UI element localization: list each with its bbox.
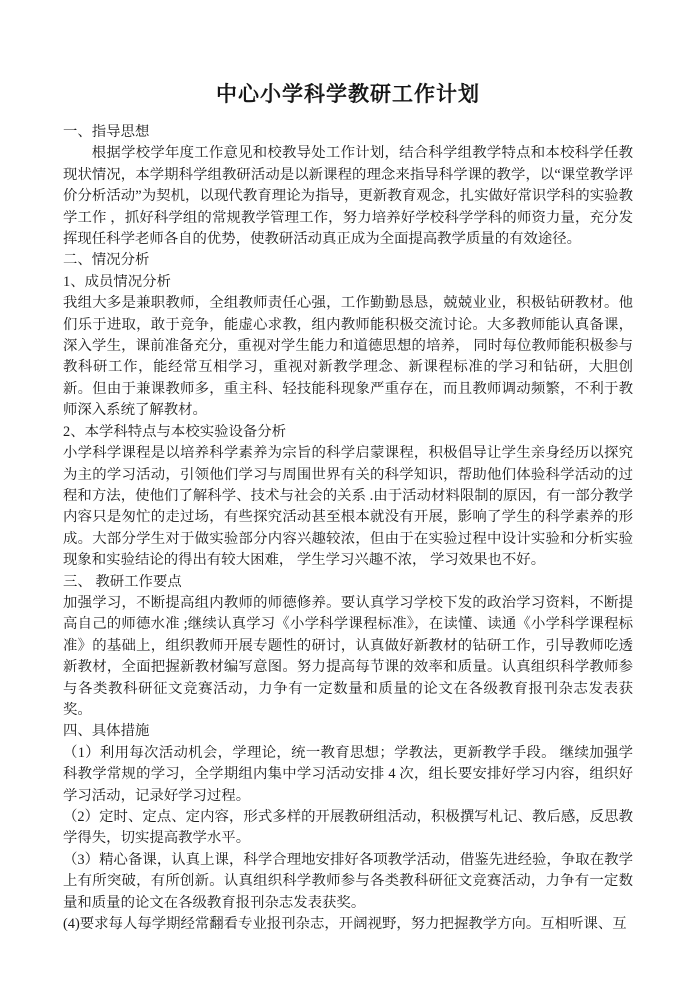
- measure-item-4: (4)要求每人每学期经常翻看专业报刊杂志，开阔视野，努力把握教学方向。互相听课、…: [63, 914, 633, 935]
- paragraph-research-work-points: 加强学习，不断提高组内教师的师德修养。要认真学习学校下发的政治学习资料，不断提高…: [63, 593, 633, 721]
- heading-situation-analysis: 二、情况分析: [63, 250, 633, 271]
- paragraph-guiding-ideology: 根据学校学年度工作意见和校教导处工作计划，结合科学组教学特点和本校科学任教现状情…: [63, 143, 633, 250]
- paragraph-subject-equipment-analysis: 小学科学课程是以培养科学素养为宗旨的科学启蒙课程，积极倡导让学生亲身经历以探究为…: [63, 443, 633, 571]
- document-page: 中心小学科学教研工作计划 一、指导思想 根据学校学年度工作意见和校教导处工作计划…: [0, 0, 695, 982]
- heading-research-work-points: 三、 教研工作要点: [63, 572, 633, 593]
- paragraph-member-analysis: 我组大多是兼职教师，全组教师责任心强，工作勤勤恳恳，兢兢业业，积极钻研教材。他们…: [63, 293, 633, 421]
- measure-item-2: （2）定时、定点、定内容，形式多样的开展教研组活动，积极撰写札记、教后感，反思教…: [63, 807, 633, 850]
- document-title: 中心小学科学教研工作计划: [63, 82, 633, 108]
- document-content: 中心小学科学教研工作计划 一、指导思想 根据学校学年度工作意见和校教导处工作计划…: [0, 0, 695, 935]
- heading-guiding-ideology: 一、指导思想: [63, 122, 633, 143]
- measure-item-3: （3）精心备课，认真上课，科学合理地安排好各项教学活动，借鉴先进经验，争取在教学…: [63, 850, 633, 914]
- subheading-subject-equipment-analysis: 2、本学科特点与本校实验设备分析: [63, 422, 633, 443]
- measure-item-1: （1）利用每次活动机会，学理论，统一教育思想；学教法，更新教学手段。 继续加强学…: [63, 743, 633, 807]
- heading-concrete-measures: 四、具体措施: [63, 721, 633, 742]
- subheading-member-analysis: 1、成员情况分析: [63, 272, 633, 293]
